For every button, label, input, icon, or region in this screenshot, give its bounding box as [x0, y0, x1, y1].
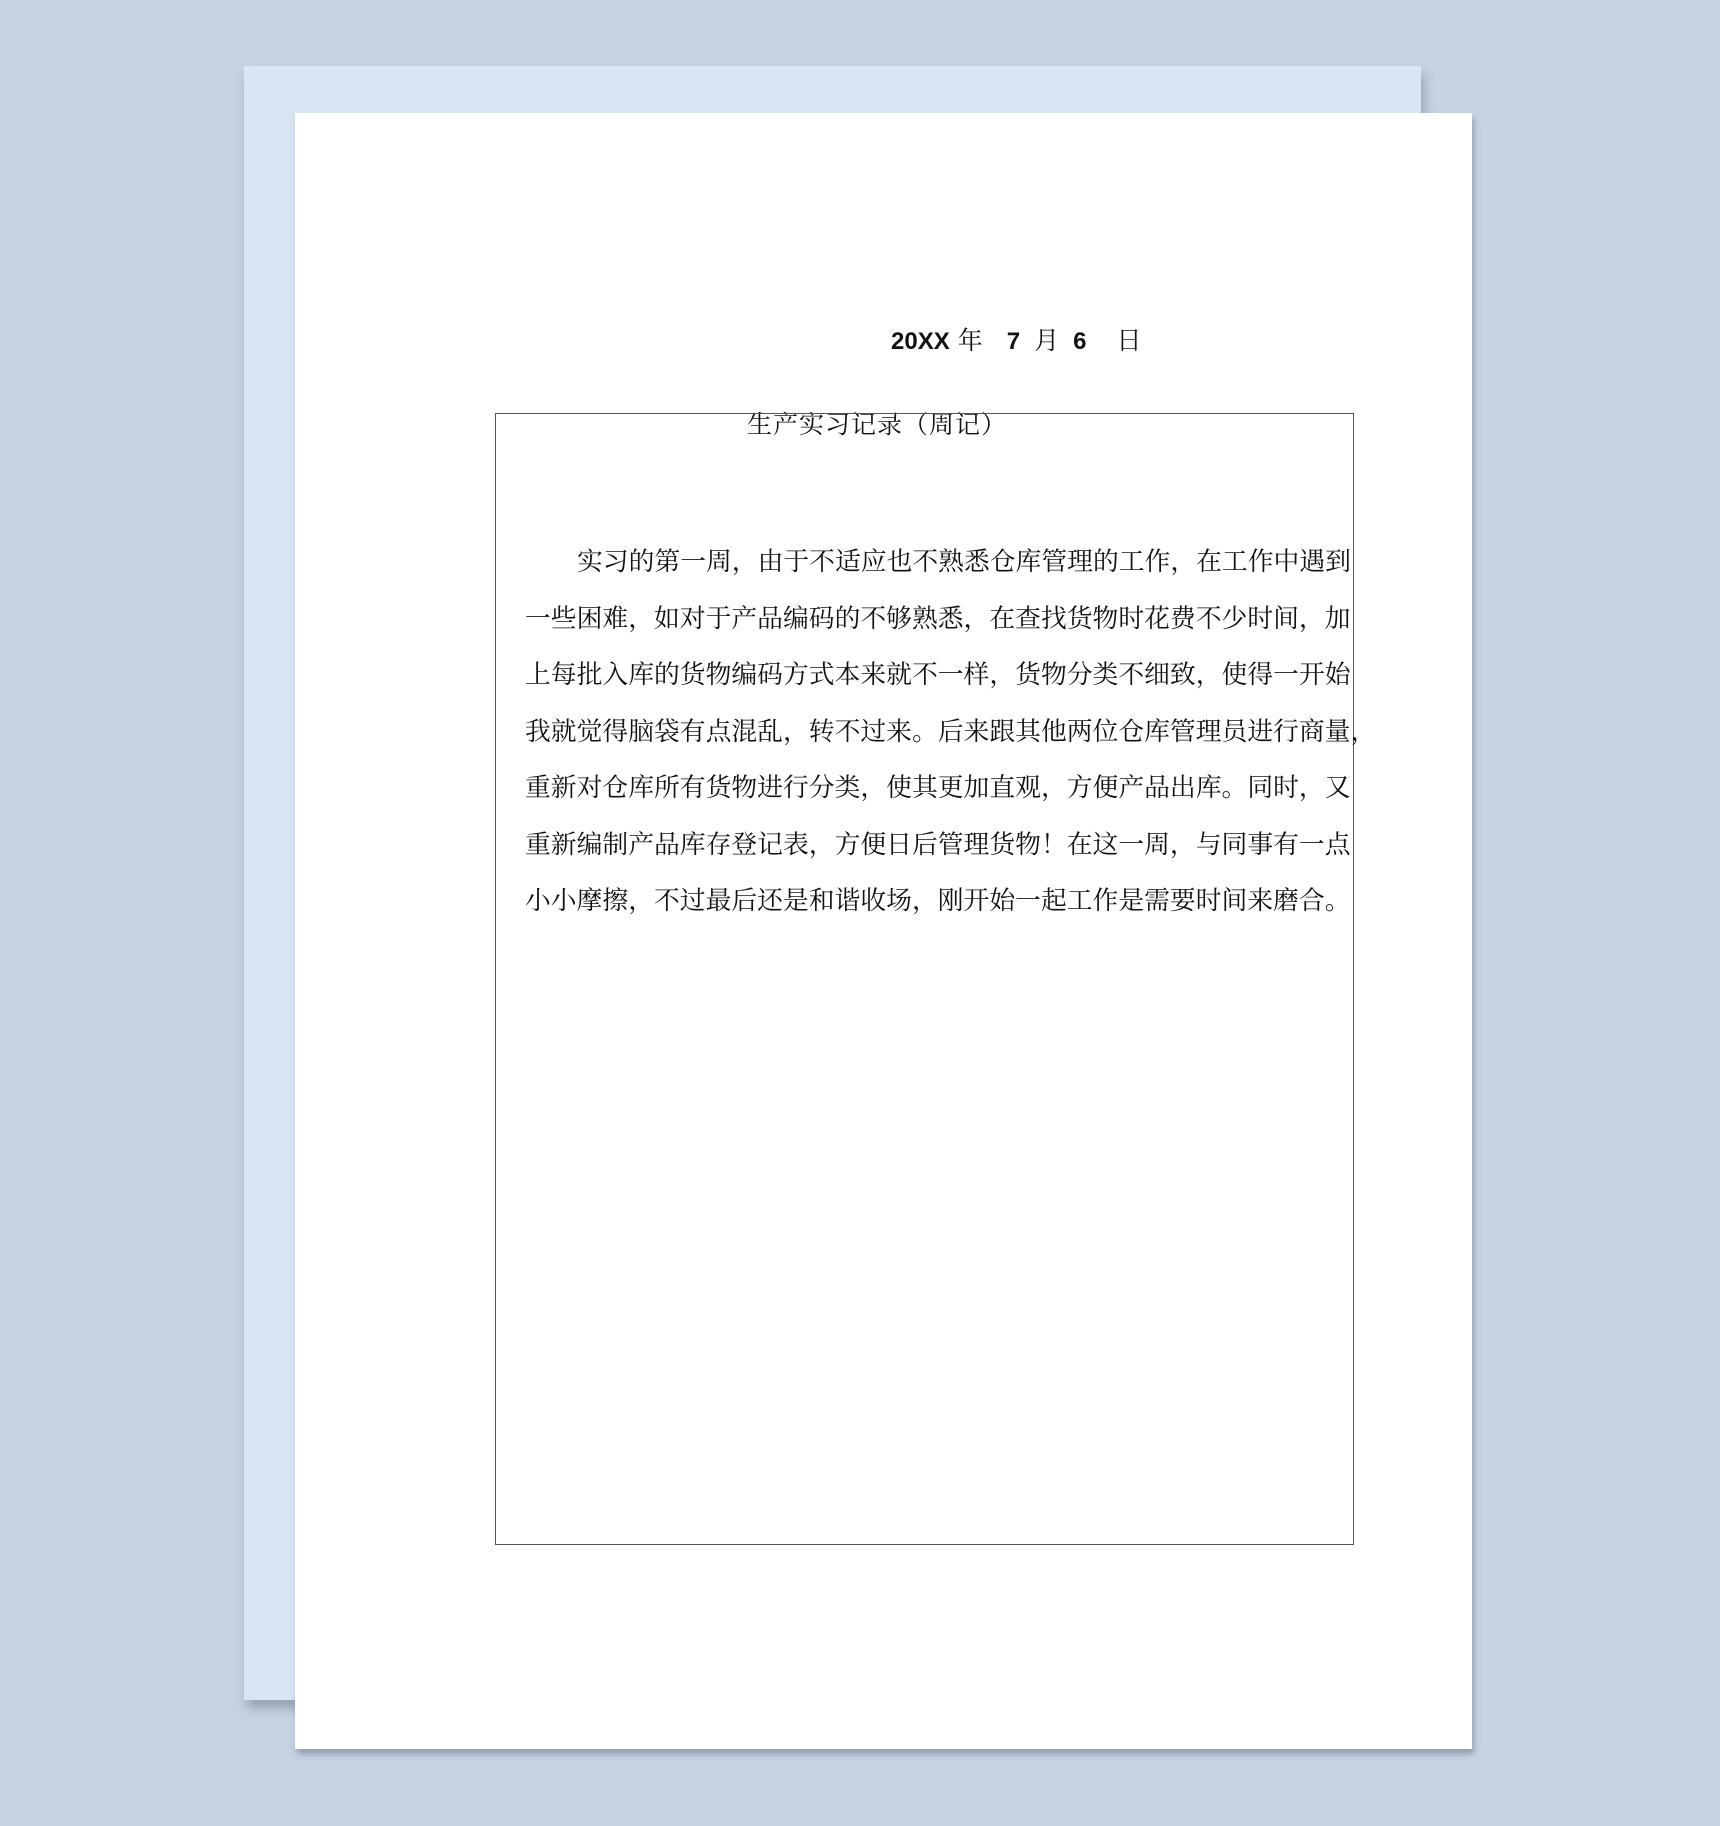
body-line: 小小摩擦，不过最后还是和谐收场，刚开始一起工作是需要时间来磨合。 — [525, 873, 1328, 930]
date-year: 20XX — [891, 328, 950, 356]
date-year-unit: 年 — [958, 321, 983, 357]
body-line: 上每批入库的货物编码方式本来就不一样，货物分类不细致，使得一开始 — [525, 647, 1328, 704]
record-body-text: 实习的第一周，由于不适应也不熟悉仓库管理的工作，在工作中遇到 一些困难，如对于产… — [525, 534, 1328, 930]
body-line: 一些困难，如对于产品编码的不够熟悉，在查找货物时花费不少时间，加 — [525, 591, 1328, 648]
date-day: 6 — [1073, 328, 1086, 356]
date-day-unit: 日 — [1116, 321, 1141, 357]
body-line: 重新对仓库所有货物进行分类，使其更加直观，方便产品出库。同时，又 — [525, 760, 1328, 817]
body-line: 重新编制产品库存登记表，方便日后管理货物！在这一周，与同事有一点 — [525, 817, 1328, 874]
date-line: 20XX 年 7 月 6 日 — [891, 321, 1141, 357]
date-month-unit: 月 — [1034, 321, 1059, 357]
record-box: 实习的第一周，由于不适应也不熟悉仓库管理的工作，在工作中遇到 一些困难，如对于产… — [495, 413, 1354, 1545]
body-line: 我就觉得脑袋有点混乱，转不过来。后来跟其他两位仓库管理员进行商量， — [525, 704, 1328, 761]
body-line: 实习的第一周，由于不适应也不熟悉仓库管理的工作，在工作中遇到 — [525, 534, 1328, 591]
document-page: 生产实习记录（周记） 20XX 年 7 月 6 日 实习的第一周，由于不适应也不… — [295, 113, 1472, 1749]
date-month: 7 — [1007, 328, 1020, 356]
